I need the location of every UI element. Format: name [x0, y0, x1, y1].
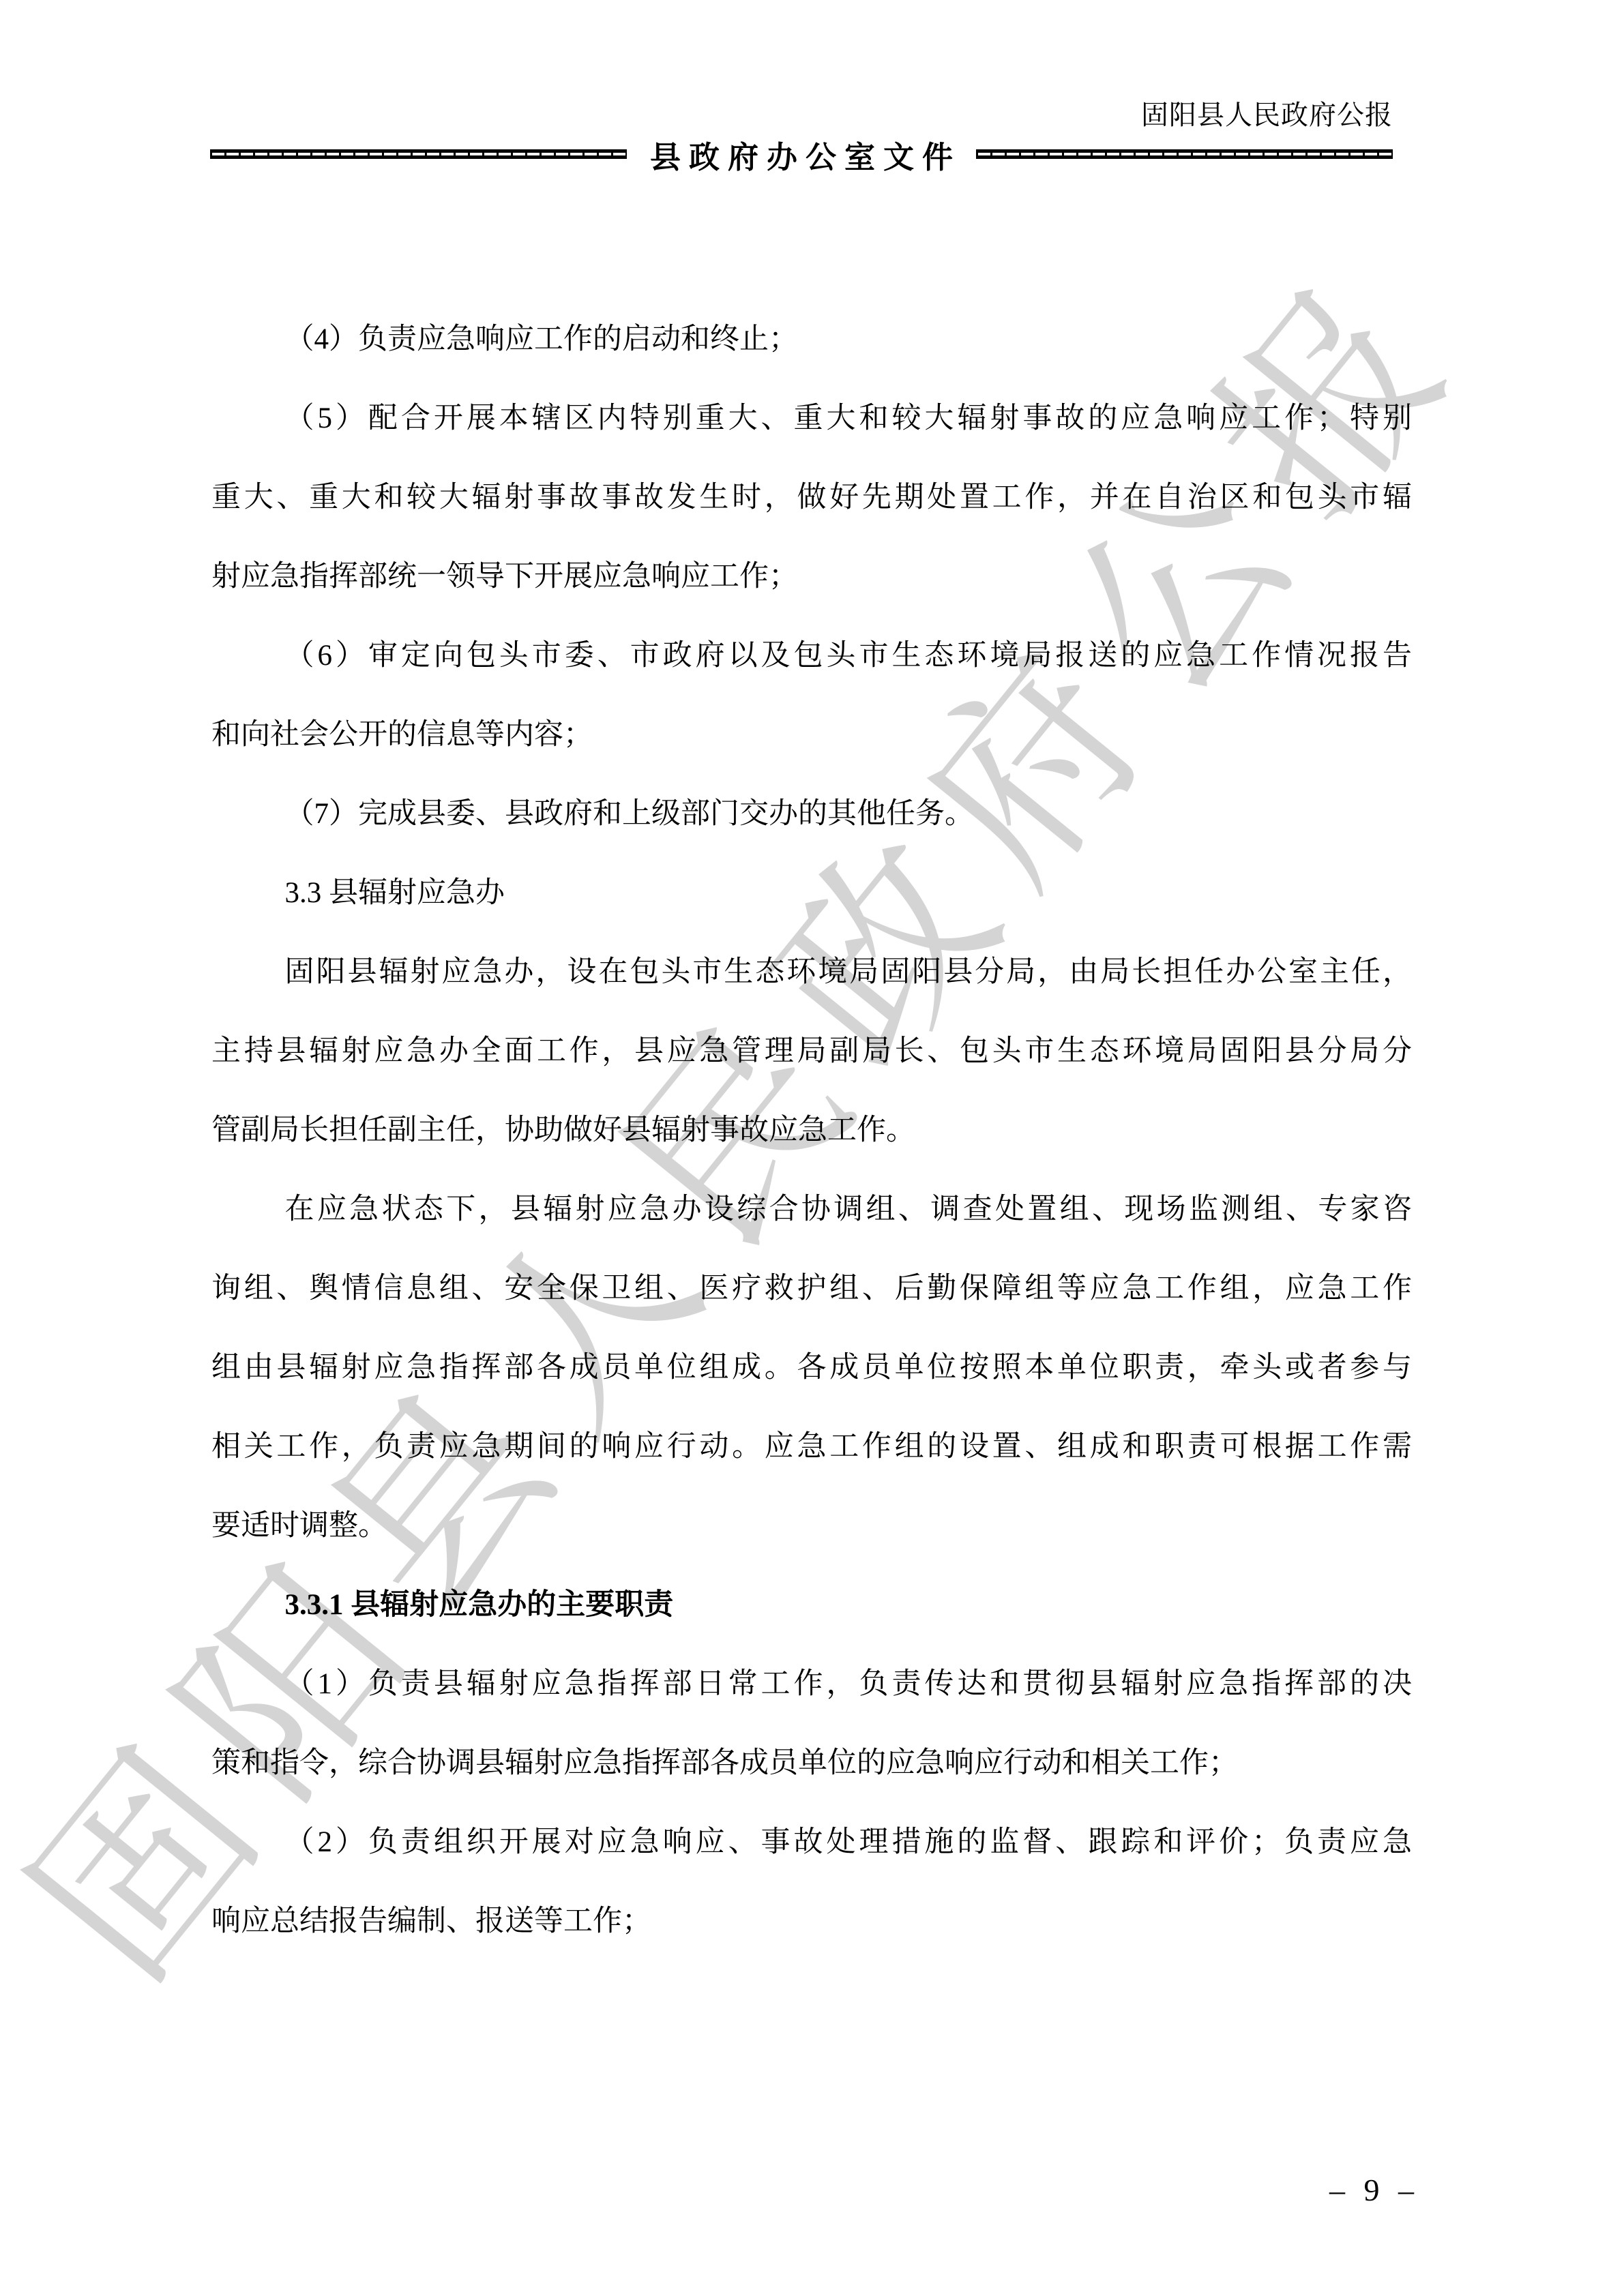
body-line: 要适时调整。 [211, 1487, 1412, 1566]
page-number: – 9 – [1329, 2170, 1419, 2211]
header-rule-right [976, 149, 1393, 159]
body-line: 在应急状态下，县辐射应急办设综合协调组、调查处置组、现场监测组、专家咨 [211, 1170, 1412, 1249]
body-line: （5）配合开展本辖区内特别重大、重大和较大辐射事故的应急响应工作；特别 [211, 379, 1412, 458]
body-line: 询组、舆情信息组、安全保卫组、医疗救护组、后勤保障组等应急工作组，应急工作 [211, 1249, 1412, 1328]
body-line: （2）负责组织开展对应急响应、事故处理措施的监督、跟踪和评价；负责应急 [211, 1803, 1412, 1882]
section-heading: 3.3 县辐射应急办 [211, 854, 1412, 933]
document-body: （4）负责应急响应工作的启动和终止； （5）配合开展本辖区内特别重大、重大和较大… [211, 300, 1412, 1961]
body-line: 射应急指挥部统一领导下开展应急响应工作； [211, 537, 1412, 616]
header-rule-left [210, 149, 627, 159]
body-line: 固阳县辐射应急办，设在包头市生态环境局固阳县分局，由局长担任办公室主任， [211, 933, 1412, 1012]
body-line: （6）审定向包头市委、市政府以及包头市生态环境局报送的应急工作情况报告 [211, 616, 1412, 696]
gazette-page: 固阳县人民政府公报 固阳县人民政府公报 县政府办公室文件 （4）负责应急响应工作… [0, 0, 1624, 2296]
body-line: 策和指令，综合协调县辐射应急指挥部各成员单位的应急响应行动和相关工作； [211, 1724, 1412, 1803]
doc-type-title: 县政府办公室文件 [627, 132, 976, 177]
body-line: 重大、重大和较大辐射事故事故发生时，做好先期处置工作，并在自治区和包头市辐 [211, 458, 1412, 537]
subsection-heading: 3.3.1 县辐射应急办的主要职责 [211, 1566, 1412, 1645]
body-line: （4）负责应急响应工作的启动和终止； [211, 300, 1412, 379]
body-line: 和向社会公开的信息等内容； [211, 696, 1412, 775]
masthead-title: 固阳县人民政府公报 [1141, 100, 1393, 131]
body-line: 相关工作，负责应急期间的响应行动。应急工作组的设置、组成和职责可根据工作需 [211, 1407, 1412, 1487]
doc-type-header: 县政府办公室文件 [210, 137, 1393, 171]
body-line: 组由县辐射应急指挥部各成员单位组成。各成员单位按照本单位职责，牵头或者参与 [211, 1328, 1412, 1407]
body-line: 响应总结报告编制、报送等工作； [211, 1882, 1412, 1961]
body-line: 主持县辐射应急办全面工作，县应急管理局副局长、包头市生态环境局固阳县分局分 [211, 1012, 1412, 1091]
body-line: （7）完成县委、县政府和上级部门交办的其他任务。 [211, 775, 1412, 854]
body-line: 管副局长担任副主任，协助做好县辐射事故应急工作。 [211, 1091, 1412, 1170]
body-line: （1）负责县辐射应急指挥部日常工作，负责传达和贯彻县辐射应急指挥部的决 [211, 1645, 1412, 1724]
